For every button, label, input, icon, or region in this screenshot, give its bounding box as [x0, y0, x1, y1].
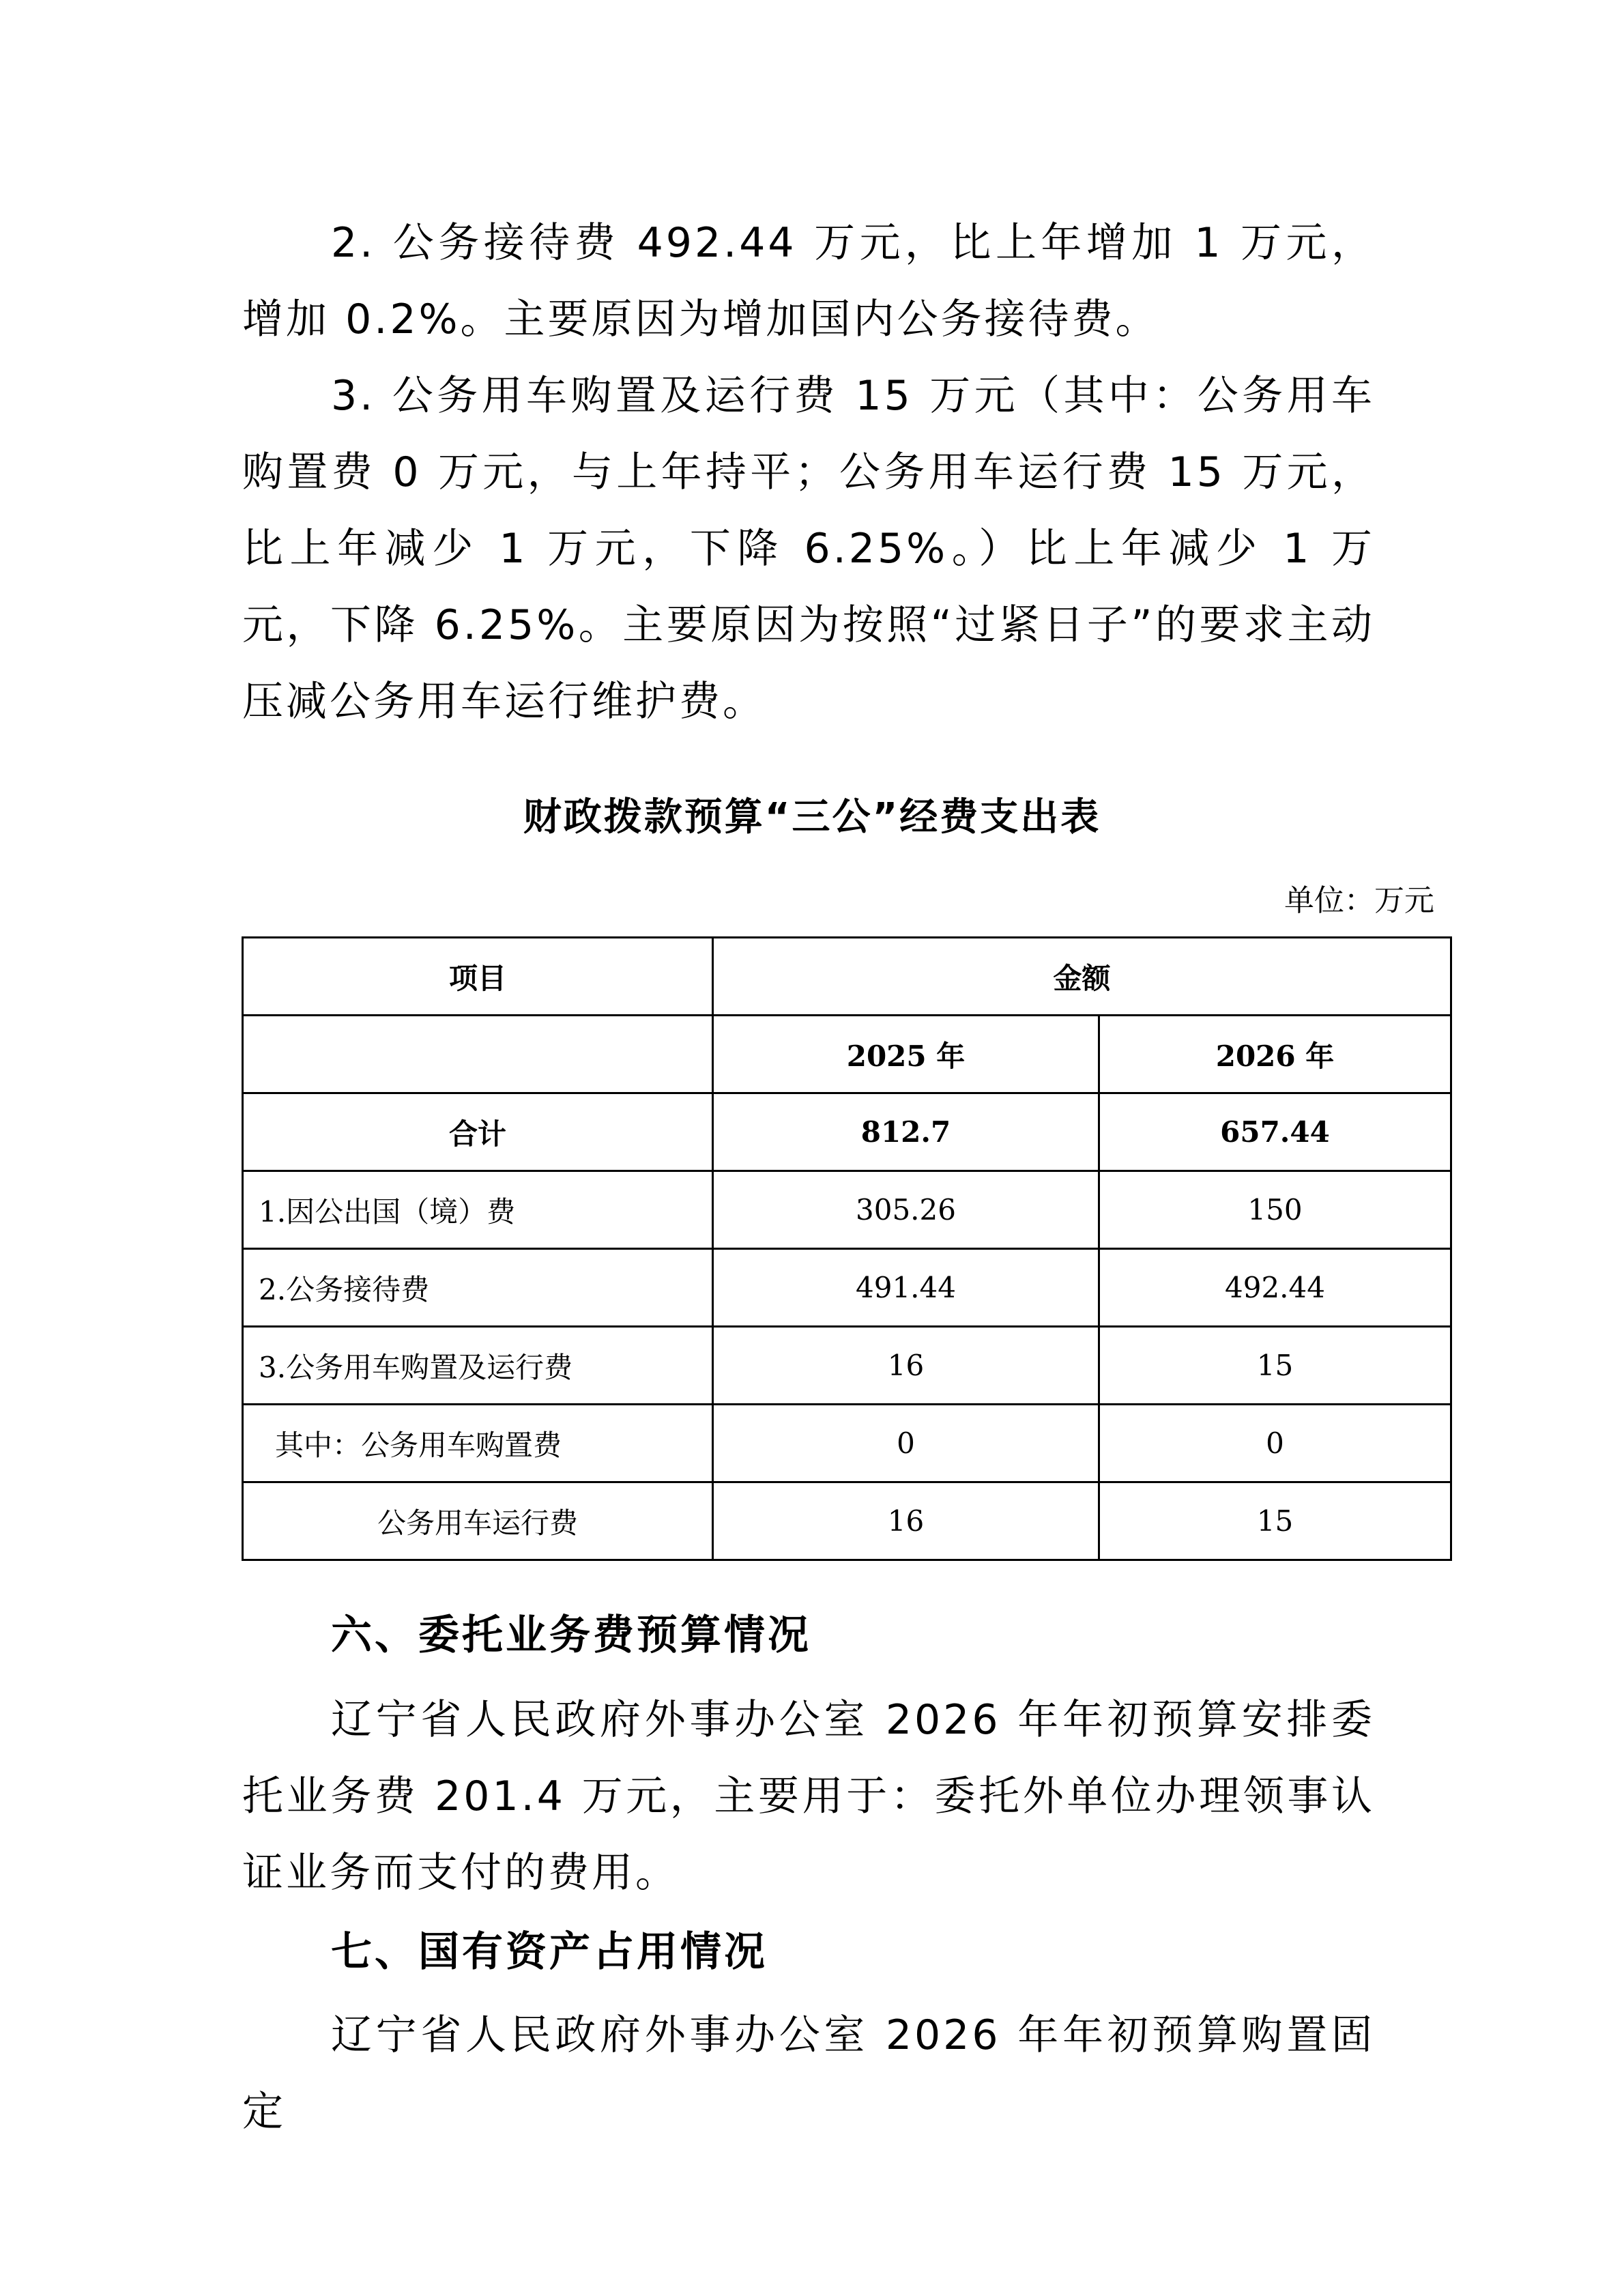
row-value-2025: 16	[713, 1482, 1099, 1560]
row-value-2026: 150	[1099, 1171, 1451, 1249]
table-unit-label: 单位：万元	[1284, 880, 1434, 921]
header-item-blank	[243, 1016, 713, 1093]
table-header-row: 项目 金额	[243, 938, 1451, 1016]
paragraph-vehicle-expense: 3. 公务用车购置及运行费 15 万元（其中：公务用车购置费 0 万元，与上年持…	[242, 358, 1375, 740]
row-value-2026: 0	[1099, 1405, 1451, 1482]
row-label: 其中：公务用车购置费	[243, 1405, 713, 1482]
row-value-2026: 15	[1099, 1482, 1451, 1560]
row-value-2025: 812.7	[713, 1093, 1099, 1171]
table-row: 其中：公务用车购置费 0 0	[243, 1405, 1451, 1482]
table-row: 1.因公出国（境）费 305.26 150	[243, 1171, 1451, 1249]
header-amount: 金额	[713, 938, 1451, 1016]
table-row: 公务用车运行费 16 15	[243, 1482, 1451, 1560]
paragraph-reception-expense: 2. 公务接待费 492.44 万元，比上年增加 1 万元，增加 0.2%。主要…	[242, 205, 1375, 358]
three-public-expense-table: 项目 金额 2025 年 2026 年 合计 812.7 657.44 1.因公…	[242, 936, 1452, 1561]
table-row-total: 合计 812.7 657.44	[243, 1093, 1451, 1171]
row-value-2025: 0	[713, 1405, 1099, 1482]
table-row: 3.公务用车购置及运行费 16 15	[243, 1327, 1451, 1405]
header-item: 项目	[243, 938, 713, 1016]
paragraph-state-assets: 辽宁省人民政府外事办公室 2026 年年初预算购置固定	[242, 1997, 1375, 2150]
row-value-2026: 15	[1099, 1327, 1451, 1405]
row-value-2025: 491.44	[713, 1249, 1099, 1327]
header-year-2026: 2026 年	[1099, 1016, 1451, 1093]
paragraph-entrusted-business: 辽宁省人民政府外事办公室 2026 年年初预算安排委托业务费 201.4 万元，…	[242, 1682, 1375, 1911]
section-heading-entrusted-business: 六、委托业务费预算情况	[331, 1608, 811, 1663]
table-year-row: 2025 年 2026 年	[243, 1016, 1451, 1093]
row-label: 公务用车运行费	[243, 1482, 713, 1560]
header-year-2025: 2025 年	[713, 1016, 1099, 1093]
table-row: 2.公务接待费 491.44 492.44	[243, 1249, 1451, 1327]
table-title: 财政拨款预算“三公”经费支出表	[0, 790, 1624, 845]
section-heading-state-assets: 七、国有资产占用情况	[331, 1925, 768, 1979]
document-page: 2. 公务接待费 492.44 万元，比上年增加 1 万元，增加 0.2%。主要…	[0, 0, 1624, 2296]
row-value-2026: 492.44	[1099, 1249, 1451, 1327]
row-value-2025: 305.26	[713, 1171, 1099, 1249]
row-label: 合计	[243, 1093, 713, 1171]
row-label: 3.公务用车购置及运行费	[243, 1327, 713, 1405]
row-label: 1.因公出国（境）费	[243, 1171, 713, 1249]
row-value-2025: 16	[713, 1327, 1099, 1405]
row-label: 2.公务接待费	[243, 1249, 713, 1327]
row-value-2026: 657.44	[1099, 1093, 1451, 1171]
